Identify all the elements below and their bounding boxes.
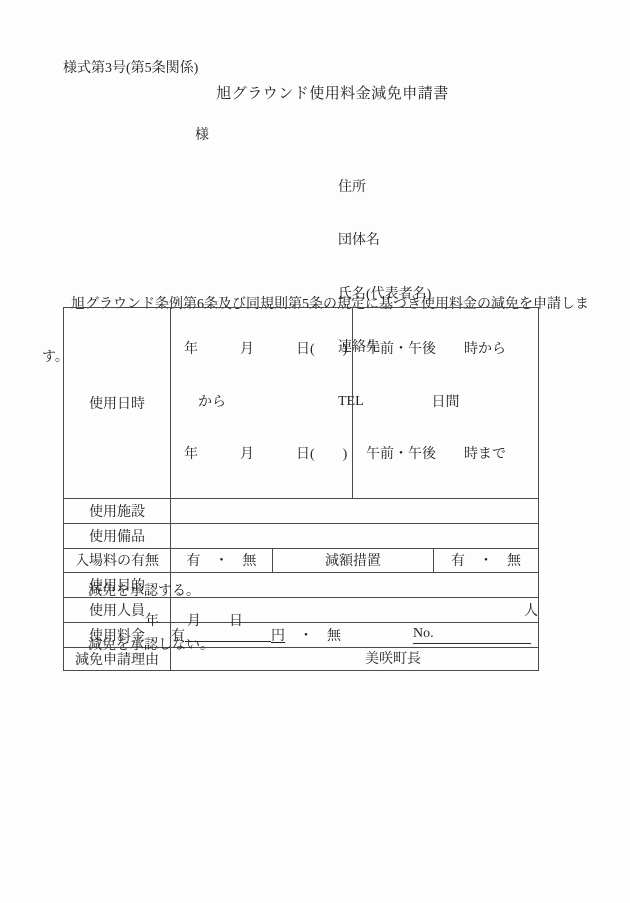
equipment-value-cell — [171, 523, 539, 548]
time-from-line: 午前・午後 時から — [353, 340, 538, 361]
row-label-facility: 使用施設 — [64, 498, 171, 523]
table-row-equipment: 使用備品 — [64, 523, 539, 548]
time-to-line: 午前・午後 時まで — [353, 445, 538, 466]
fee-yen-label: 円 — [271, 629, 285, 644]
approval-option-deny: 減免を承認しない。 — [88, 635, 214, 657]
reason-value-cell — [171, 647, 539, 670]
row-label-usage-datetime: 使用日時 — [64, 308, 171, 499]
addressee-honorific: 様 — [195, 124, 209, 144]
days-line: 日間 — [353, 393, 538, 414]
fee-number-label: No. — [413, 626, 434, 641]
approval-option-approve: 減免を承認する。 — [88, 581, 214, 603]
date-to-line: 年 月 日( ) — [171, 445, 352, 466]
usage-time-cell: 午前・午後 時から 日間 午前・午後 時まで — [353, 308, 539, 499]
mayor-signature-label: 美咲町長 — [365, 648, 421, 668]
fee-none-option: ・ 無 — [285, 629, 341, 644]
table-row-usage-datetime: 使用日時 年 月 日( ) から 年 月 日( ) 午前・午後 時から 日間 午… — [64, 308, 539, 499]
decision-date-line: 年 月 日 — [145, 610, 243, 630]
date-kara-line: から — [171, 393, 352, 414]
table-row-facility: 使用施設 — [64, 498, 539, 523]
fee-receipt-number-blank: No. — [413, 626, 531, 644]
purpose-value-cell — [171, 572, 539, 597]
date-from-line: 年 月 日( ) — [171, 340, 352, 361]
document-page: 様式第3号(第5条関係) 旭グラウンド使用料金減免申請書 様 住所 団体名 氏名… — [0, 0, 630, 903]
row-label-equipment: 使用備品 — [64, 523, 171, 548]
reduction-measure-label-cell: 減額措置 — [273, 548, 434, 572]
applicant-field-address: 住所 — [338, 177, 431, 198]
reduction-yes-no-cell: 有 ・ 無 — [434, 548, 539, 572]
page-title: 旭グラウンド使用料金減免申請書 — [0, 82, 630, 103]
usage-date-cell: 年 月 日( ) から 年 月 日( ) — [171, 308, 353, 499]
facility-value-cell — [171, 498, 539, 523]
applicant-field-organization: 団体名 — [338, 230, 431, 251]
form-number: 様式第3号(第5条関係) — [63, 57, 198, 77]
